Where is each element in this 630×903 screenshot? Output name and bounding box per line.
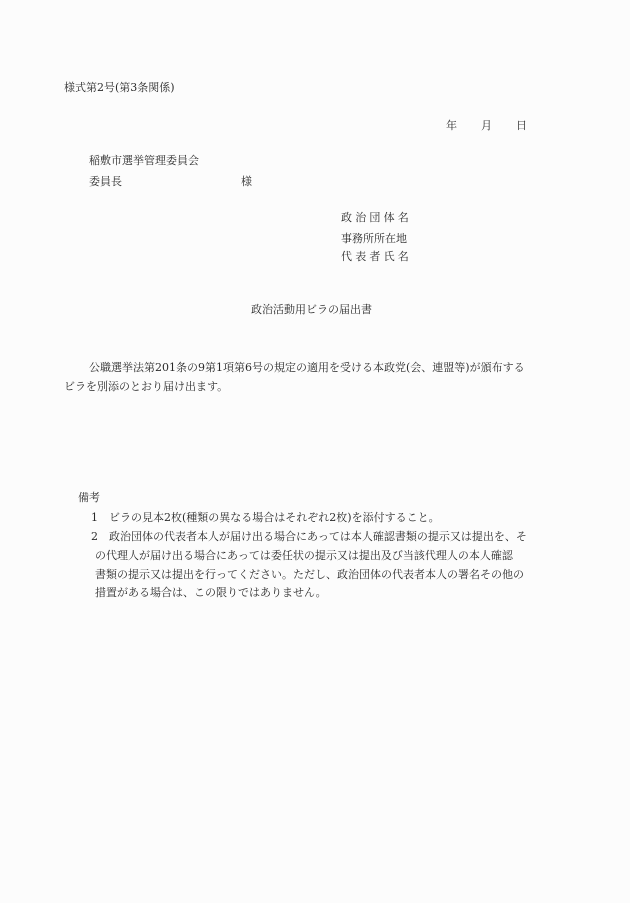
note-2-number: 2	[91, 530, 98, 543]
addressee-organization: 稲敷市選挙管理委員会	[89, 154, 199, 167]
notes-heading: 備考	[78, 491, 100, 504]
body-text-line-1: 公職選挙法第201条の9第1項第6号の規定の適用を受ける本政党(会、連盟等)が頒…	[89, 361, 525, 374]
addressee-honorific: 様	[241, 175, 252, 188]
body-text-line-2: ビラを別添のとおり届け出ます。	[64, 380, 228, 393]
sender-representative-label: 代表者氏名	[341, 250, 412, 263]
sender-office-address-label: 事務所所在地	[341, 232, 407, 245]
date-year-label: 年	[446, 119, 457, 132]
date-month-label: 月	[481, 119, 492, 132]
note-2-text-line-1: 政治団体の代表者本人が届け出る場合にあっては本人確認書類の提示又は提出を、そ	[109, 530, 527, 543]
document-title: 政治活動用ビラの届出書	[251, 303, 372, 316]
addressee-title: 委員長	[89, 175, 122, 188]
note-2-text-line-3: 書類の提示又は提出を行ってください。ただし、政治団体の代表者本人の署名その他の	[95, 568, 524, 581]
date-day-label: 日	[516, 119, 527, 132]
note-2-text-line-2: の代理人が届け出る場合にあっては委任状の提示又は提出及び当該代理人の本人確認	[95, 549, 513, 562]
date-field: 年月日	[446, 119, 527, 132]
sender-org-name-label: 政治団体名	[341, 211, 412, 224]
note-2-text-line-4: 措置がある場合は、この限りではありません。	[95, 586, 327, 599]
form-number: 様式第2号(第3条関係)	[64, 81, 175, 94]
note-1-number: 1	[91, 511, 98, 524]
note-1-text: ビラの見本2枚(種類の異なる場合はそれぞれ2枚)を添付すること。	[109, 511, 440, 524]
